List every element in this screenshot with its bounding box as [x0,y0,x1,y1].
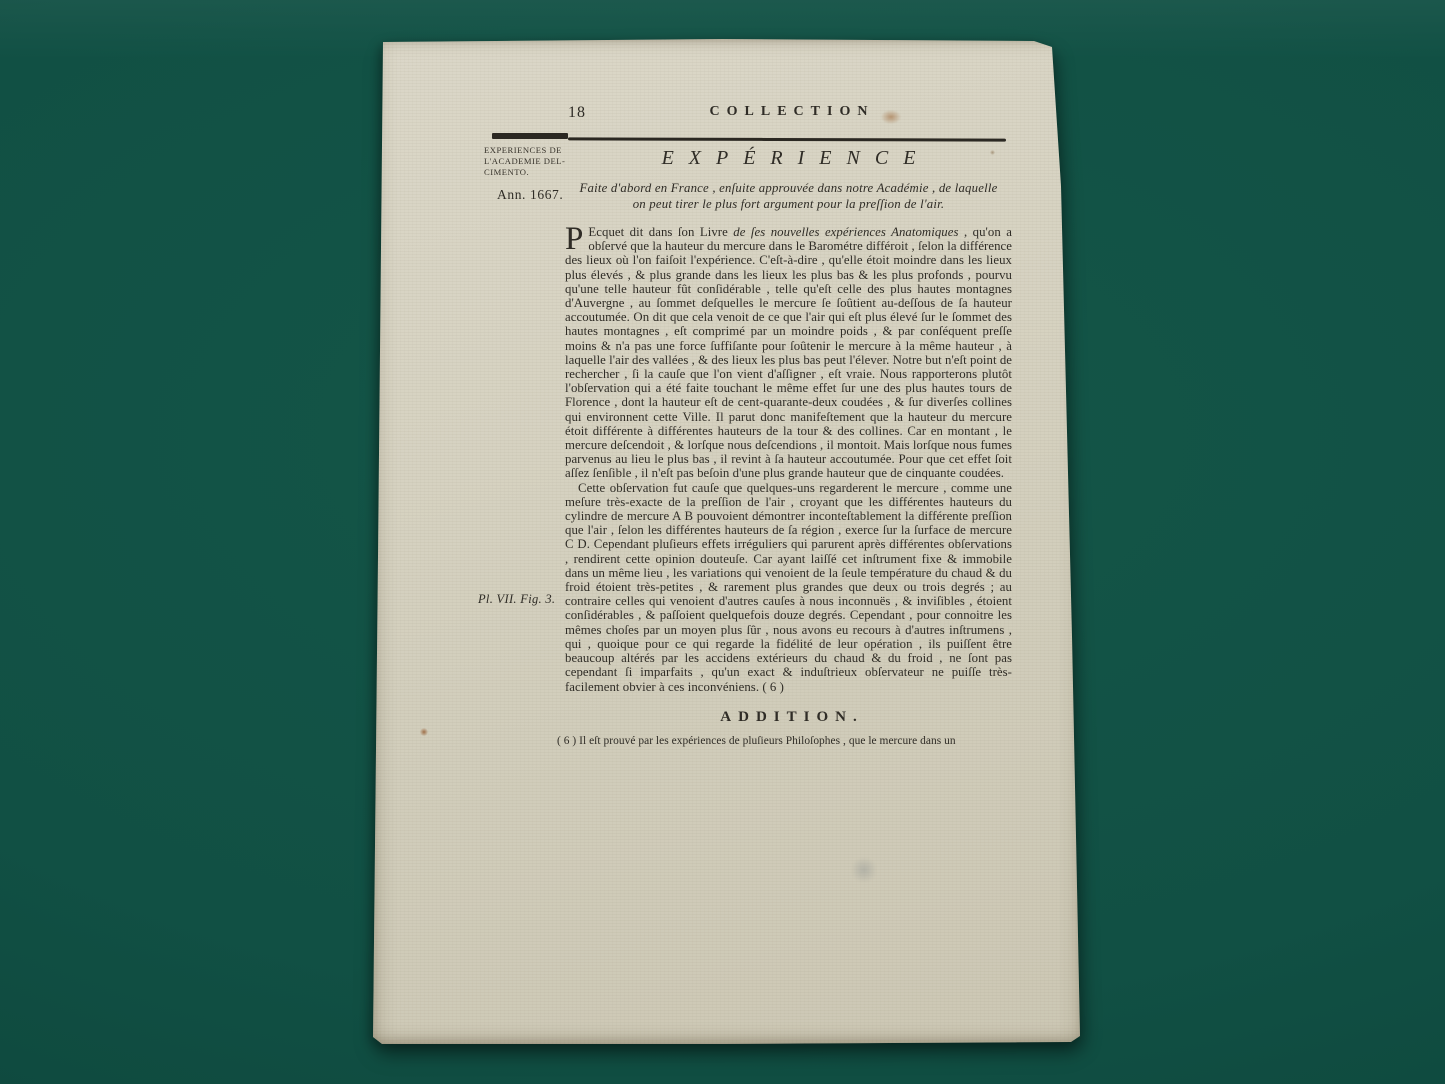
header-rule [568,137,1006,141]
body-text: PEcquet dit dans ſon Livre de ſes nouvel… [565,225,1012,748]
text-line: EXPERIENCES DE [484,145,565,156]
book-page: 18 COLLECTION EXPERIENCES DEL'ACADEMIE D… [372,36,1084,1044]
photo-background: 18 COLLECTION EXPERIENCES DEL'ACADEMIE D… [0,0,1445,1084]
body-paragraphs: PEcquet dit dans ſon Livre de ſes nouvel… [565,225,1012,694]
text-line: L'ACADEMIE DEL- [484,156,565,167]
body-text-segment: Cette obſervation fut cauſe que quelques… [565,481,1012,694]
section-heading: EXPÉRIENCE [565,147,1012,170]
margin-note-year: Ann. 1667. [497,187,563,203]
text-line: Faite d'abord en France , enſuite approu… [565,181,1012,197]
text-line: on peut tirer le plus fort argument pour… [565,197,1012,213]
running-title: COLLECTION [565,104,1012,120]
paragraph: Cette obſervation fut cauſe que quelques… [565,481,1012,694]
margin-rule-bar [492,133,568,139]
smudge-stain [850,858,878,882]
footnote: ( 6 ) Il eſt prouvé par les expériences … [557,734,1012,748]
text-line: CIMENTO. [484,167,565,178]
margin-note-figure: Pl. VII. Fig. 3. [478,592,555,607]
stain-dot [420,728,428,736]
section-subtitle: Faite d'abord en France , enſuite approu… [565,181,1012,212]
italic-text-segment: de ſes nouvelles expériences Anatomiques [733,225,958,239]
dropcap-letter: P [565,225,588,252]
addition-heading: ADDITION. [565,710,1012,724]
body-text-segment: , qu'on a obſervé que la hauteur du merc… [565,225,1012,480]
body-text-segment: Ecquet dit dans ſon Livre [588,225,733,239]
margin-note-head: EXPERIENCES DEL'ACADEMIE DEL-CIMENTO. [484,145,565,178]
paper-surface: 18 COLLECTION EXPERIENCES DEL'ACADEMIE D… [372,36,1084,1044]
paragraph: PEcquet dit dans ſon Livre de ſes nouvel… [565,225,1012,481]
